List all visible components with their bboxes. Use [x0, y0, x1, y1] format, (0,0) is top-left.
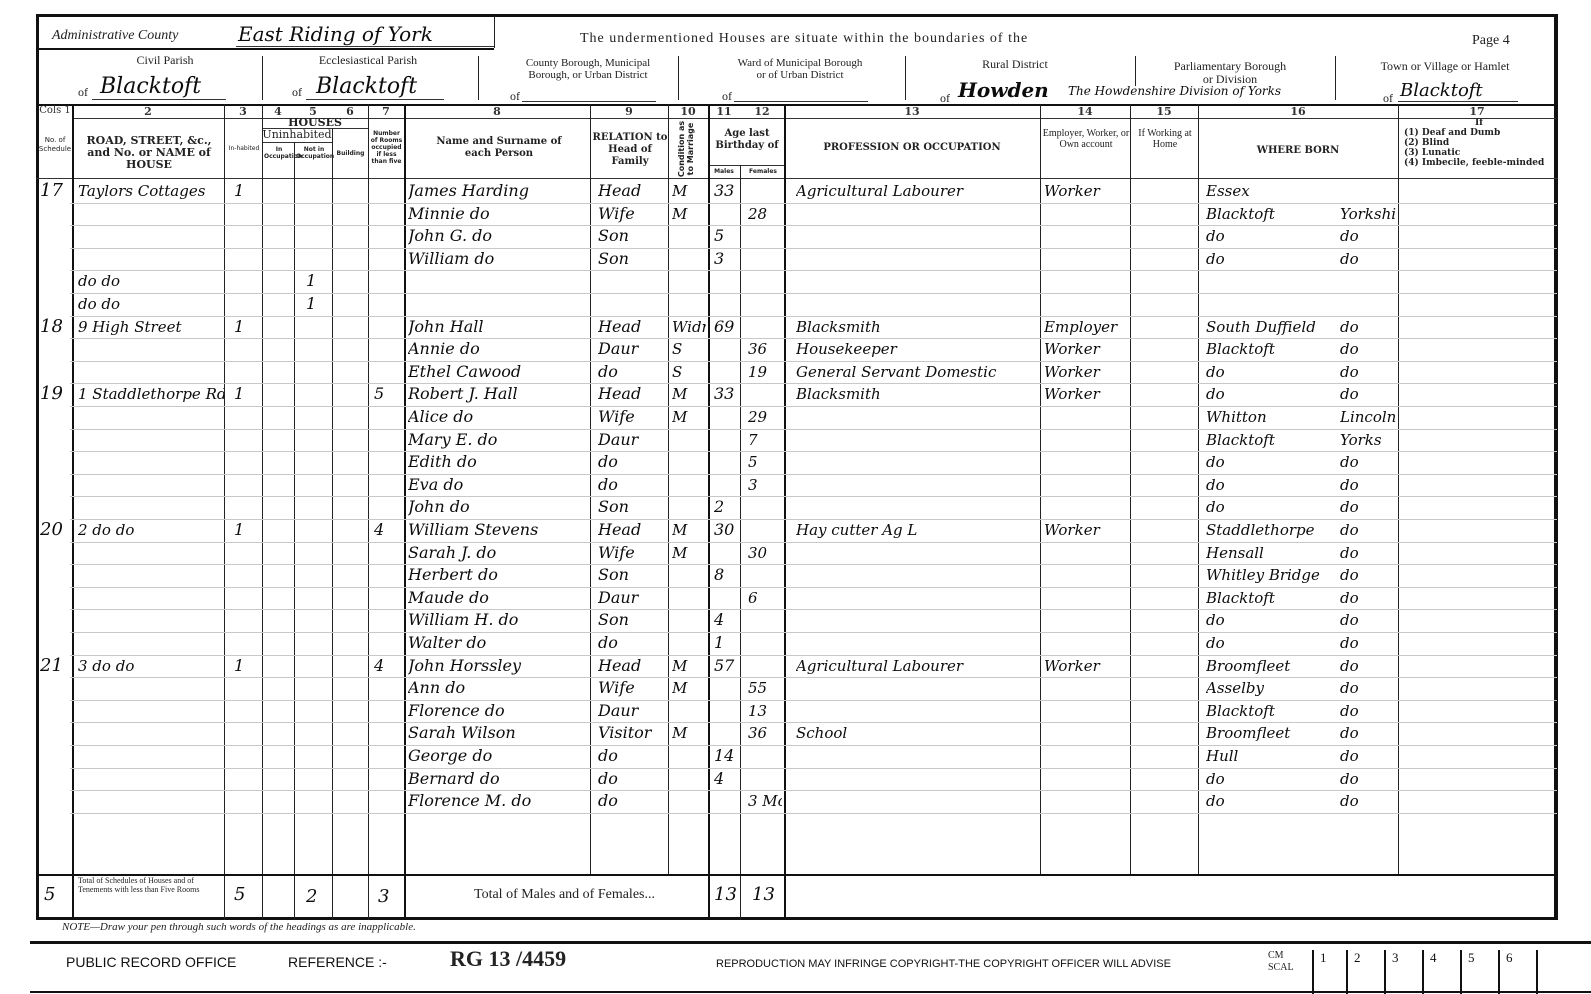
- inhabited-count: [234, 722, 254, 744]
- not-in-occupation-count: [306, 429, 326, 451]
- age-female: 36: [748, 722, 782, 744]
- scale-tick-4: 4: [1422, 950, 1460, 994]
- occupation: [796, 768, 1036, 790]
- col-number: 2: [72, 105, 224, 118]
- occupation: [796, 248, 1036, 270]
- marital-condition: M: [672, 383, 706, 405]
- schedule-number: [40, 745, 70, 767]
- marital-condition: M: [672, 677, 706, 699]
- header-in-occupation: In Occupation: [264, 146, 294, 160]
- occupation: [796, 429, 1036, 451]
- birthplace: Staddlethorpe: [1206, 519, 1336, 541]
- rooms-count: [374, 722, 398, 744]
- relation: Head: [598, 655, 666, 677]
- relation: Son: [598, 609, 666, 631]
- occupation: [796, 225, 1036, 247]
- birthplace: do: [1206, 609, 1336, 631]
- inhabited-count: [234, 270, 254, 292]
- inhabited-count: [234, 338, 254, 360]
- not-in-occupation-count: [306, 722, 326, 744]
- census-row: Herbert doSon8Whitley Bridgedo: [0, 564, 1591, 586]
- inhabited-count: 1: [234, 180, 254, 202]
- schedule-number: [40, 406, 70, 428]
- age-male: 5: [714, 225, 740, 247]
- employer-status: [1044, 632, 1128, 654]
- birthplace: Whitley Bridge: [1206, 564, 1336, 586]
- census-row: Bernard dodo4dodo: [0, 768, 1591, 790]
- civil-parish-underline: [92, 98, 226, 100]
- occupation: [796, 270, 1036, 292]
- header-females: Females: [742, 167, 784, 176]
- in-occupation-count: [272, 632, 292, 654]
- in-occupation-count: [272, 225, 292, 247]
- inhabited-count: [234, 745, 254, 767]
- header-road: ROAD, STREET, &c., and No. or NAME of HO…: [74, 135, 224, 171]
- total-rooms: 3: [378, 886, 389, 907]
- not-in-occupation-count: [306, 406, 326, 428]
- not-in-occupation-count: 1: [306, 270, 326, 292]
- age-female: [748, 180, 782, 202]
- person-name: Florence do: [408, 700, 588, 722]
- age-female: 28: [748, 203, 782, 225]
- birthplace-county: do: [1340, 496, 1396, 518]
- rooms-count: [374, 406, 398, 428]
- occupation: Hay cutter Ag L: [796, 519, 1036, 541]
- age-male: 4: [714, 609, 740, 631]
- marital-condition: [672, 451, 706, 473]
- age-male: [714, 361, 740, 383]
- birthplace-county: do: [1340, 225, 1396, 247]
- rooms-count: [374, 632, 398, 654]
- header-name: Name and Surname of each Person: [424, 136, 574, 160]
- age-male: [714, 429, 740, 451]
- occupation: [796, 609, 1036, 631]
- census-row: Maude doDaur6Blacktoftdo: [0, 587, 1591, 609]
- in-occupation-count: [272, 677, 292, 699]
- birthplace-county: do: [1340, 745, 1396, 767]
- not-in-occupation-count: [306, 677, 326, 699]
- birthplace-county: do: [1340, 564, 1396, 586]
- inhabited-count: [234, 564, 254, 586]
- birthplace-county: do: [1340, 361, 1396, 383]
- birthplace-county: do: [1340, 587, 1396, 609]
- road-name: 3 do do: [78, 655, 224, 677]
- in-occupation-count: [272, 451, 292, 473]
- road-name: [78, 722, 224, 744]
- birthplace: do: [1206, 768, 1336, 790]
- rooms-count: 4: [374, 519, 398, 541]
- of-label: of: [722, 89, 732, 104]
- employer-status: [1044, 700, 1128, 722]
- in-occupation-count: [272, 542, 292, 564]
- inhabited-count: [234, 451, 254, 473]
- inhabited-count: [234, 768, 254, 790]
- birthplace: Essex: [1206, 180, 1336, 202]
- occupation: [796, 293, 1036, 315]
- relation: [598, 293, 666, 315]
- age-female: 30: [748, 542, 782, 564]
- header-inhabited: In-habited: [226, 145, 262, 152]
- age-male: 57: [714, 655, 740, 677]
- person-name: John Horssley: [408, 655, 588, 677]
- header-age: Age last Birthday of: [712, 128, 782, 152]
- age-male: 3: [714, 248, 740, 270]
- inhabited-count: [234, 587, 254, 609]
- scale-tick-label: 3: [1392, 950, 1399, 965]
- not-in-occupation-count: [306, 225, 326, 247]
- relation: do: [598, 632, 666, 654]
- col-number: 13: [784, 105, 1040, 118]
- rural-district-label: Rural District: [925, 58, 1105, 71]
- birthplace: Broomfleet: [1206, 655, 1336, 677]
- birthplace-county: do: [1340, 677, 1396, 699]
- inhabited-count: [234, 790, 254, 812]
- age-male: [714, 203, 740, 225]
- total-males-females-label: Total of Males and of Females...: [474, 887, 655, 903]
- col-number: 11: [708, 105, 740, 118]
- road-name: 9 High Street: [78, 316, 224, 338]
- col-number: 12: [740, 105, 784, 118]
- not-in-occupation-count: [306, 768, 326, 790]
- total-inhabited: 5: [234, 884, 245, 905]
- schedule-number: [40, 429, 70, 451]
- marital-condition: S: [672, 361, 706, 383]
- birthplace: [1206, 293, 1336, 315]
- person-name: Walter do: [408, 632, 588, 654]
- census-row: 213 do do14John HorssleyHeadM57Agricultu…: [0, 655, 1591, 677]
- schedule-number: [40, 496, 70, 518]
- marital-condition: [672, 587, 706, 609]
- in-occupation-count: [272, 429, 292, 451]
- relation: Wife: [598, 542, 666, 564]
- schedule-number: [40, 270, 70, 292]
- person-name: John do: [408, 496, 588, 518]
- birthplace-county: do: [1340, 790, 1396, 812]
- scale-tick-label: 6: [1506, 950, 1513, 965]
- rooms-count: [374, 451, 398, 473]
- rooms-count: [374, 700, 398, 722]
- relation: do: [598, 361, 666, 383]
- in-occupation-count: [272, 383, 292, 405]
- in-occupation-count: [272, 270, 292, 292]
- parliamentary-label: Parliamentary Borough or Division: [1140, 60, 1320, 86]
- scale-tick-5: 5: [1460, 950, 1498, 994]
- road-name: [78, 677, 224, 699]
- in-occupation-count: [272, 180, 292, 202]
- reference-value: RG 13 /4459: [450, 946, 566, 972]
- occupation: [796, 632, 1036, 654]
- person-name: [408, 270, 588, 292]
- age-female: [748, 768, 782, 790]
- age-female: [748, 609, 782, 631]
- rooms-count: [374, 745, 398, 767]
- col-number: 9: [590, 105, 668, 118]
- marital-condition: [672, 496, 706, 518]
- age-female: 55: [748, 677, 782, 699]
- relation: Son: [598, 225, 666, 247]
- schedule-number: [40, 248, 70, 270]
- schedule-number: [40, 677, 70, 699]
- birthplace-county: [1340, 293, 1396, 315]
- age-male: [714, 722, 740, 744]
- age-male: [714, 451, 740, 473]
- census-row: 17Taylors Cottages1James HardingHeadM33A…: [0, 180, 1591, 202]
- admin-county-value: East Riding of York: [238, 22, 433, 46]
- cm-label: CM: [1268, 950, 1294, 962]
- rooms-count: [374, 677, 398, 699]
- col-number: 16: [1198, 105, 1398, 118]
- marital-condition: M: [672, 203, 706, 225]
- schedule-number: 17: [40, 180, 70, 202]
- scale-label: SCAL: [1268, 962, 1294, 974]
- rooms-count: [374, 496, 398, 518]
- in-occupation-count: [272, 496, 292, 518]
- relation: Son: [598, 248, 666, 270]
- employer-status: [1044, 587, 1128, 609]
- relation: Visitor: [598, 722, 666, 744]
- civil-parish-label: Civil Parish: [70, 54, 260, 67]
- rooms-count: [374, 564, 398, 586]
- scale-tick-label: 5: [1468, 950, 1475, 965]
- marital-condition: [672, 700, 706, 722]
- birthplace-county: do: [1340, 655, 1396, 677]
- age-male: [714, 406, 740, 428]
- age-female: [748, 225, 782, 247]
- col-number: 8: [404, 105, 590, 118]
- birthplace: do: [1206, 496, 1336, 518]
- rooms-count: [374, 338, 398, 360]
- age-male: [714, 700, 740, 722]
- inhabited-count: [234, 677, 254, 699]
- occupation: [796, 474, 1036, 496]
- not-in-occupation-count: [306, 338, 326, 360]
- rooms-count: [374, 293, 398, 315]
- employer-status: Worker: [1044, 180, 1128, 202]
- employer-status: [1044, 293, 1128, 315]
- divider: [905, 56, 906, 100]
- header-uninhabited: Uninhabited: [262, 129, 332, 141]
- person-name: [408, 293, 588, 315]
- marital-condition: M: [672, 406, 706, 428]
- road-name: [78, 451, 224, 473]
- relation: Head: [598, 316, 666, 338]
- col-number: 7: [368, 105, 404, 118]
- occupation: Blacksmith: [796, 316, 1036, 338]
- town-label: Town or Village or Hamlet: [1345, 60, 1545, 73]
- in-occupation-count: [272, 564, 292, 586]
- ward-label: Ward of Municipal Borough or of Urban Di…: [710, 57, 890, 81]
- not-in-occupation-count: [306, 790, 326, 812]
- employer-status: [1044, 474, 1128, 496]
- header-males: Males: [708, 167, 740, 176]
- rooms-count: 5: [374, 383, 398, 405]
- schedule-number: [40, 768, 70, 790]
- in-occupation-count: [272, 316, 292, 338]
- schedule-number: [40, 293, 70, 315]
- person-name: Annie do: [408, 338, 588, 360]
- road-name: [78, 474, 224, 496]
- row-rule: [70, 813, 1557, 814]
- header-relation: RELATION to Head of Family: [592, 132, 668, 168]
- age-female: 7: [748, 429, 782, 451]
- relation: Daur: [598, 338, 666, 360]
- person-name: Sarah Wilson: [408, 722, 588, 744]
- ecclesiastical-parish-underline: [306, 98, 444, 100]
- inhabited-count: [234, 609, 254, 631]
- birthplace: do: [1206, 383, 1336, 405]
- birthplace: Broomfleet: [1206, 722, 1336, 744]
- col-number: 14: [1040, 105, 1130, 118]
- not-in-occupation-count: [306, 564, 326, 586]
- age-female: 5: [748, 451, 782, 473]
- occupation: School: [796, 722, 1036, 744]
- road-name: [78, 248, 224, 270]
- age-female: [748, 496, 782, 518]
- parliamentary-label-line2: or Division: [1140, 73, 1320, 86]
- birthplace: Blacktoft: [1206, 587, 1336, 609]
- birthplace-county: do: [1340, 700, 1396, 722]
- birthplace-county: do: [1340, 474, 1396, 496]
- birthplace-county: Yorks: [1340, 429, 1396, 451]
- marital-condition: [672, 790, 706, 812]
- age-male: [714, 542, 740, 564]
- rooms-count: [374, 203, 398, 225]
- divider: [1135, 56, 1136, 86]
- reference-label: REFERENCE :-: [288, 954, 387, 970]
- not-in-occupation-count: [306, 451, 326, 473]
- occupation: [796, 406, 1036, 428]
- inhabited-count: [234, 225, 254, 247]
- marital-condition: [672, 474, 706, 496]
- person-name: Edith do: [408, 451, 588, 473]
- occupation: Agricultural Labourer: [796, 655, 1036, 677]
- person-name: Sarah J. do: [408, 542, 588, 564]
- age-female: [748, 293, 782, 315]
- person-name: William Stevens: [408, 519, 588, 541]
- marital-condition: [672, 270, 706, 292]
- marital-condition: [672, 248, 706, 270]
- relation: Wife: [598, 203, 666, 225]
- in-occupation-count: [272, 722, 292, 744]
- person-name: Eva do: [408, 474, 588, 496]
- uninhabited-rule: [262, 142, 332, 143]
- age-male: 1: [714, 632, 740, 654]
- occupation: [796, 587, 1036, 609]
- age-female: [748, 632, 782, 654]
- birthplace-county: do: [1340, 451, 1396, 473]
- birthplace-county: do: [1340, 316, 1396, 338]
- birthplace-county: Lincolnshire: [1340, 406, 1396, 428]
- census-row: William doSon3dodo: [0, 248, 1591, 270]
- cm-scale-label: CM SCAL: [1268, 950, 1294, 974]
- birthplace: do: [1206, 248, 1336, 270]
- person-name: John G. do: [408, 225, 588, 247]
- census-row: Minnie doWifeM28BlacktoftYorkshire: [0, 203, 1591, 225]
- ward-label-line1: Ward of Municipal Borough: [710, 57, 890, 69]
- age-male: [714, 790, 740, 812]
- occupation: [796, 790, 1036, 812]
- in-occupation-count: [272, 609, 292, 631]
- county-borough-label: County Borough, Municipal Borough, or Ur…: [498, 57, 678, 81]
- not-in-occupation-count: [306, 383, 326, 405]
- age-female: [748, 383, 782, 405]
- not-in-occupation-count: [306, 496, 326, 518]
- person-name: Herbert do: [408, 564, 588, 586]
- total-males: 13: [714, 884, 737, 905]
- in-occupation-count: [272, 587, 292, 609]
- rooms-count: [374, 316, 398, 338]
- relation: do: [598, 474, 666, 496]
- schedule-number: [40, 722, 70, 744]
- schedule-number: [40, 609, 70, 631]
- road-name: [78, 429, 224, 451]
- person-name: Robert J. Hall: [408, 383, 588, 405]
- birthplace: Whitton: [1206, 406, 1336, 428]
- occupation: [796, 451, 1036, 473]
- birthplace-county: do: [1340, 632, 1396, 654]
- county-borough-label-line1: County Borough, Municipal: [498, 57, 678, 69]
- header-condition: Condition as to Marriage: [677, 117, 695, 181]
- marital-condition: [672, 225, 706, 247]
- age-female: [748, 655, 782, 677]
- inhabited-count: 1: [234, 655, 254, 677]
- relation: Wife: [598, 677, 666, 699]
- header-where-born: WHERE BORN: [1198, 145, 1398, 157]
- census-row: John doSon2dodo: [0, 496, 1591, 518]
- rooms-count: 4: [374, 655, 398, 677]
- not-in-occupation-count: [306, 248, 326, 270]
- person-name: Alice do: [408, 406, 588, 428]
- scale-tick-2: 2: [1346, 950, 1384, 994]
- census-row: Sarah J. doWifeM30Hensalldo: [0, 542, 1591, 564]
- age-female: [748, 519, 782, 541]
- not-in-occupation-count: [306, 587, 326, 609]
- divider: [494, 16, 495, 48]
- in-occupation-count: [272, 338, 292, 360]
- person-name: Bernard do: [408, 768, 588, 790]
- title-rule: [36, 48, 494, 50]
- page-label-text: Page: [1472, 33, 1499, 48]
- marital-condition: M: [672, 542, 706, 564]
- person-name: William H. do: [408, 609, 588, 631]
- inhabited-count: [234, 406, 254, 428]
- birthplace: Blacktoft: [1206, 700, 1336, 722]
- rooms-count: [374, 587, 398, 609]
- of-label: of: [510, 89, 520, 104]
- occupation: [796, 203, 1036, 225]
- road-name: 2 do do: [78, 519, 224, 541]
- of-label: of: [292, 85, 302, 100]
- infirmity-4: (4) Imbecile, feeble-minded: [1404, 158, 1554, 168]
- road-name: [78, 632, 224, 654]
- age-male: 8: [714, 564, 740, 586]
- age-female: 3 Mo: [748, 790, 782, 812]
- age-male: [714, 293, 740, 315]
- inhabited-count: [234, 248, 254, 270]
- scale-tick-6: 6: [1498, 950, 1536, 994]
- birthplace: Blacktoft: [1206, 203, 1336, 225]
- ecclesiastical-parish-value: Blacktoft: [316, 74, 417, 99]
- inhabited-count: [234, 474, 254, 496]
- scale-tick-1: 1: [1312, 950, 1346, 994]
- town-value: Blacktoft: [1400, 80, 1483, 101]
- occupation: Blacksmith: [796, 383, 1036, 405]
- marital-condition: [672, 745, 706, 767]
- not-in-occupation-count: [306, 655, 326, 677]
- occupation: Agricultural Labourer: [796, 180, 1036, 202]
- header-schedule: No. of Schedule: [38, 136, 72, 154]
- road-name: [78, 609, 224, 631]
